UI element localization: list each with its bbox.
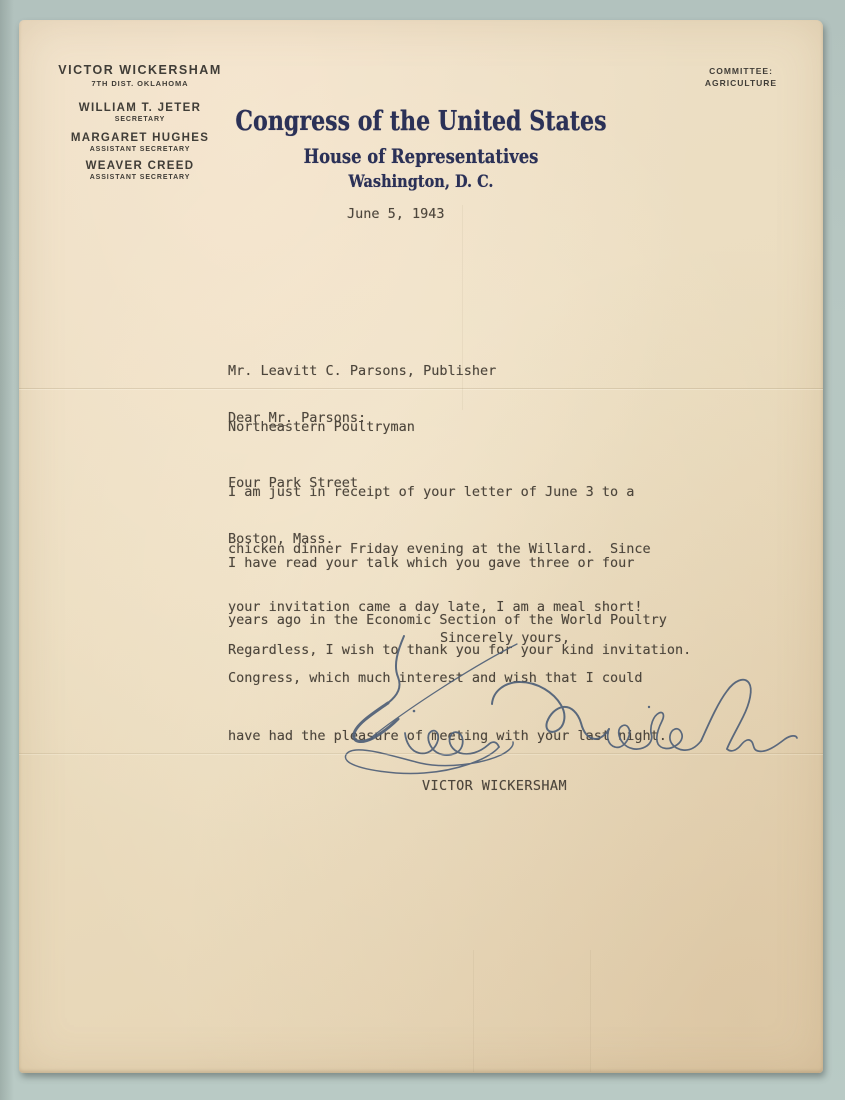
org-subtitle: House of Representatives xyxy=(91,144,750,168)
fold-crease xyxy=(473,950,474,1072)
letter-page: VICTOR WICKERSHAM 7TH DIST. OKLAHOMA WIL… xyxy=(19,20,823,1073)
member-name: VICTOR WICKERSHAM xyxy=(42,63,238,77)
fold-crease xyxy=(19,388,823,390)
body-line: I am just in receipt of your letter of J… xyxy=(228,483,651,502)
committee-label: COMMITTEE: xyxy=(680,65,802,77)
committee-value: AGRICULTURE xyxy=(680,77,802,89)
fold-crease xyxy=(590,950,591,1072)
staff-entry: VICTOR WICKERSHAM 7TH DIST. OKLAHOMA xyxy=(42,63,238,88)
handwritten-signature xyxy=(330,618,810,795)
body-line: I have read your talk which you gave thr… xyxy=(228,554,667,573)
fold-crease xyxy=(462,205,463,410)
org-city: Washington, D. C. xyxy=(67,172,775,191)
letter-date: June 5, 1943 xyxy=(347,206,445,222)
typed-signature-name: VICTOR WICKERSHAM xyxy=(422,778,567,794)
org-title: Congress of the United States xyxy=(91,106,750,137)
member-district: 7TH DIST. OKLAHOMA xyxy=(42,79,238,88)
salutation: Dear Mr. Parsons: xyxy=(228,410,366,426)
scan-background: VICTOR WICKERSHAM 7TH DIST. OKLAHOMA WIL… xyxy=(0,0,845,1100)
typed-underline-mark xyxy=(269,425,286,426)
recipient-line: Mr. Leavitt C. Parsons, Publisher xyxy=(228,362,496,381)
letterhead-committee-block: COMMITTEE: AGRICULTURE xyxy=(680,65,802,89)
fold-crease xyxy=(19,753,823,755)
